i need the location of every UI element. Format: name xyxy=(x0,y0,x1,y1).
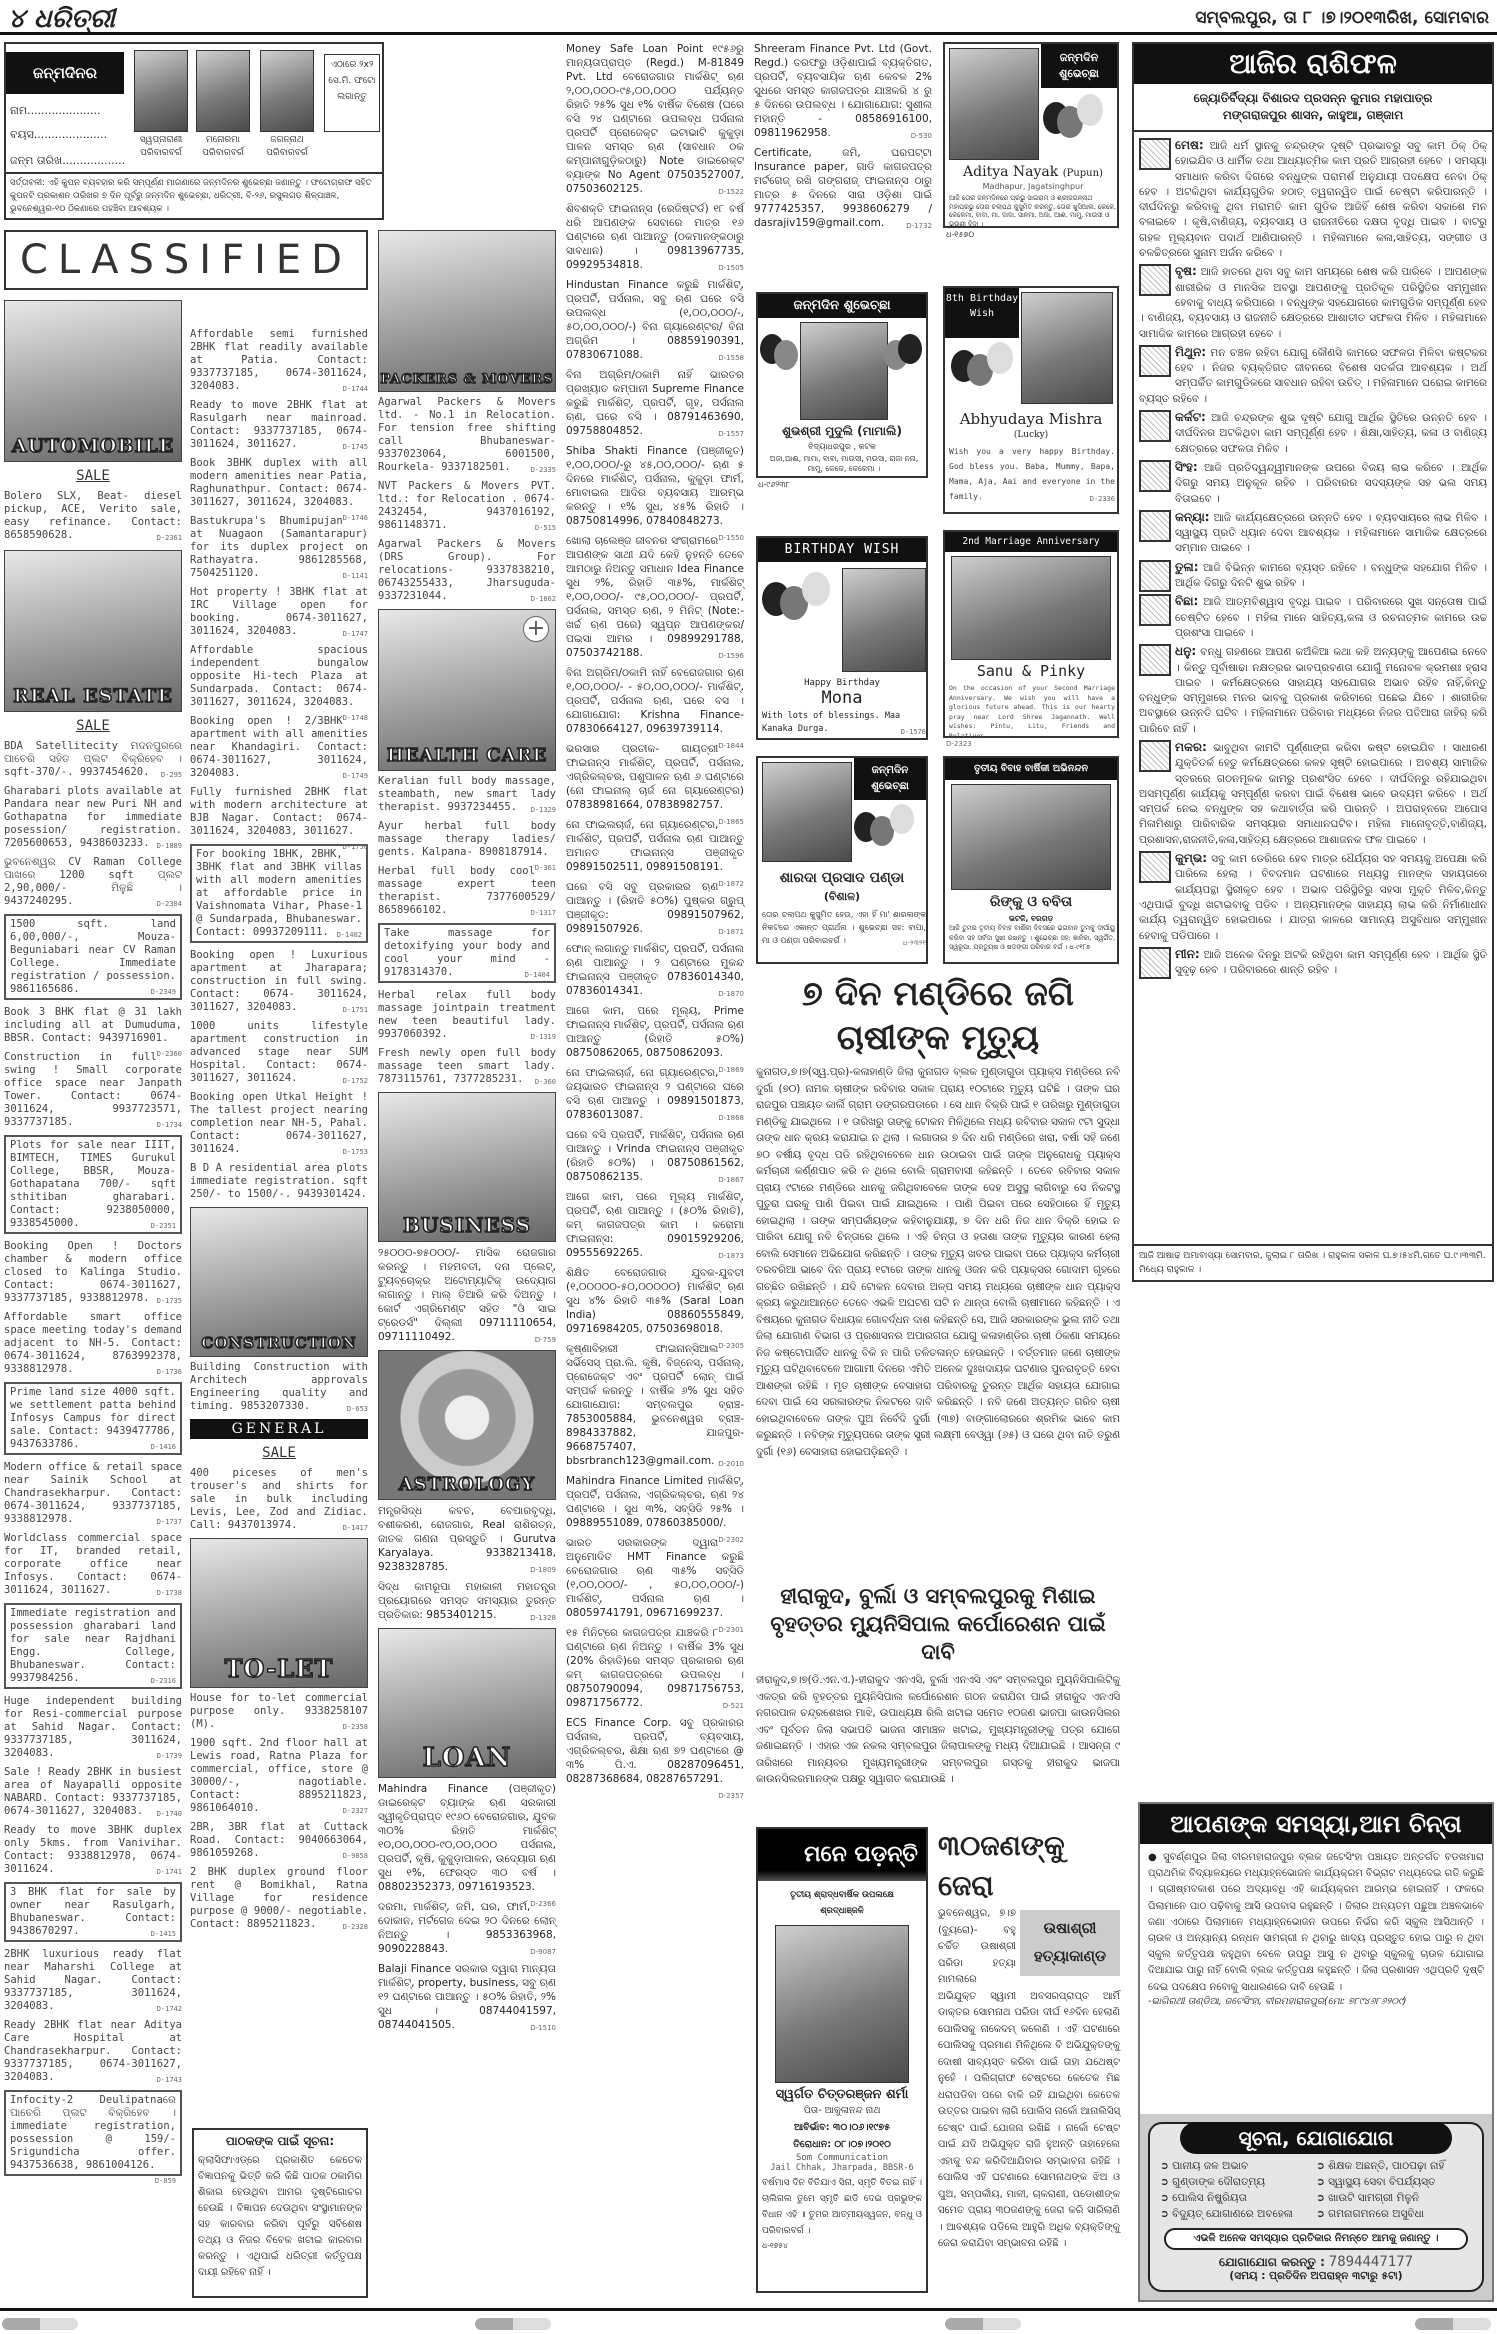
suchana-issue: ➲ ବିଦ୍ୟୁତ୍ ଯୋଗାଣରେ ଅବହେଳା xyxy=(1160,2206,1316,2222)
page-scroll-indicator[interactable] xyxy=(1415,2318,1491,2330)
classified-ad: 400 piceses of men's trouser's and shirt… xyxy=(190,1467,368,1532)
ad-code: D-1753 xyxy=(343,1146,368,1159)
classified-ad: ବିନା ଅଗ୍ରିମ/ଠକାମି ନାହିଁ ଭାରତର ପ୍ରଖ୍ୟାତ କ… xyxy=(566,368,744,438)
classified-ad: B D A residential area plots immediate r… xyxy=(190,1162,368,1201)
bullet-icon: ➲ xyxy=(1160,2176,1172,2188)
greeting-tag: ଜନ୍ମଦିନ ଶୁଭେଚ୍ଛା xyxy=(758,294,926,318)
classified-ad: 1500 sqft. land 6,00,000/-, Mouza- Begun… xyxy=(4,914,182,1000)
automobile-banner: AUTOMOBILE xyxy=(4,300,182,462)
column-4: Money Safe Loan Point ୧୯୫୬ରୁ ମାନ୍ୟତାପ୍ରା… xyxy=(566,42,744,1803)
obituary-code: ଧ-୧୭୫୪ xyxy=(758,2241,926,2251)
rashi-entry: କର୍କଟ: ଆଜି ଚନ୍ଦ୍ରଙ୍କ ଶୁଭ ଦୃଷ୍ଟି ଯୋଗୁ ଆର୍… xyxy=(1139,410,1487,457)
rashi-text: ଆଜି ବିଭିନ୍ନ କାମରେ ବ୍ୟସ୍ତ ରହିବେ । ବନ୍ଧୁଙ୍… xyxy=(1175,562,1487,589)
ad-code: D-1510 xyxy=(530,2021,556,2035)
news-article-ushashree: ୩୦ଜଣଙ୍କୁ ଜେରା ଉଷାଶ୍ରୀ ହତ୍ୟାକାଣ୍ଡ ଭୁବନେଶ୍… xyxy=(938,1826,1120,2253)
coupon-photo-slot: ଏଠାରେ ୨x୨ ସେ.ମି. ଫଟୋ ଲଗାନ୍ତୁ xyxy=(324,54,380,132)
bullet-icon: ➲ xyxy=(1160,2160,1172,2172)
balloons-icon xyxy=(854,804,920,864)
classified-ad: ଦରମା, ମାର୍କଶିଟ୍, ଜମି, ଘର, ଫାର୍ମ, ଦୋକାନ, … xyxy=(378,1900,556,1956)
greeting-line: Happy Birthday xyxy=(758,678,926,688)
greeting-aditya: ଜନ୍ମଦିନ ଶୁଭେଚ୍ଛା Aditya Nayak (Pupun) Ma… xyxy=(943,42,1119,228)
classified-logo-text: CLASSIFIED xyxy=(6,232,366,288)
coupon-photo-2-name: ମନୋରମାପରିବାରବର୍ଗ xyxy=(186,134,260,160)
rashifal-footer: ଆଜି ଆଷାଢ ଅମାବାସ୍ୟା ସୋମବାର, ଜୁଲାଇ ୮ ତାରିଖ… xyxy=(1134,1244,1492,1280)
ad-code: D-9087 xyxy=(530,1945,556,1959)
bottom-rule xyxy=(0,2308,1497,2311)
ad-code: D-1809 xyxy=(530,1563,556,1577)
rashi-name: କୁମ୍ଭ: xyxy=(1175,851,1207,865)
ad-code: D-1328 xyxy=(530,1611,556,1625)
coupon-photo-1 xyxy=(134,50,188,132)
ad-code: D-1404 xyxy=(525,969,550,982)
greeting-tag: ଜନ୍ମଦିନ ଶୁଭେଚ୍ଛା xyxy=(1041,44,1117,88)
rashi-text: ଭାବୁଥିବା କାମଟି ପୂର୍ଣ୍ଣାଙ୍ଗ କରିବା କଷ୍ଟ ହୋ… xyxy=(1139,742,1487,846)
zodiac-sign-icon xyxy=(1139,594,1171,626)
classified-ad: Affordable spacious independent bungalow… xyxy=(190,644,368,709)
suchana-callout: ଏଭଳି ଅନେକ ସମସ୍ୟାର ପ୍ରତିକାର ନିମନ୍ତେ ଆମକୁ … xyxy=(1164,2228,1468,2250)
rashi-name: ମେଷ: xyxy=(1175,138,1204,152)
sale-heading: SALE xyxy=(190,1445,368,1461)
classified-ad: Agarwal Packers & Movers ltd. - No.1 in … xyxy=(378,396,556,474)
headline: ୩୦ଜଣଙ୍କୁ ଜେରା xyxy=(938,1826,1120,1906)
rashi-name: ମିଥୁନ: xyxy=(1175,345,1206,359)
ad-code: D-521 xyxy=(723,1699,744,1713)
rashi-entry: କନ୍ୟା: ଆଜି କାର୍ଯ୍ୟକ୍ଷେତ୍ରରେ ଉନ୍ନତି ହେବ ।… xyxy=(1139,510,1487,557)
problem-box-body: ● ସୁବର୍ଣ୍ଣପୁର ଜିଲା ବୀରମହାରାଜପୁର ବ୍ଲକ ଜଟେ… xyxy=(1140,1844,1492,1996)
classified-ad: Certificate, ଜମି, ଘରପଟ୍ଟା Insurance pape… xyxy=(754,146,932,230)
problem-box-signature: -ଭାଗିରଥୀ ତାଣ୍ଡିଆ, ଜଟେସିଂହା, ବୀରମହାରାଜପୁର… xyxy=(1140,1996,1492,2007)
coupon-title: ଜନ୍ମଦିନର ଶୁଭେଚ୍ଛା xyxy=(6,52,124,94)
classified-logo: CLASSIFIED xyxy=(4,230,368,290)
ad-code: D-1742 xyxy=(157,2003,182,2016)
classified-ad: ଭାରତ ସରକାରଙ୍କ ଦ୍ୱାରା ଅନୁମୋଦିତ HMT Financ… xyxy=(566,1536,744,1620)
classified-ad: Bastukrupa's Bhumipujan at Nuagaon (Sama… xyxy=(190,515,368,580)
rashi-name: କନ୍ୟା: xyxy=(1175,510,1210,524)
classified-ad: Hot property ! 3BHK flat at IRC Village … xyxy=(190,586,368,638)
birthday-coupon: ଜନ୍ମଦିନର ଶୁଭେଚ୍ଛା ନାମ...................… xyxy=(4,42,384,220)
page-label: ୪ ଧରିତ୍ରୀ xyxy=(8,4,115,35)
ad-code: D-530 xyxy=(911,129,932,143)
classified-ad: Book 3BHK duplex with all modern ameniti… xyxy=(190,457,368,509)
ad-code: D-2305 xyxy=(718,1339,744,1353)
zodiac-sign-icon xyxy=(1139,345,1171,377)
obituary-photo xyxy=(775,1925,909,2083)
rashi-text: ଆଜି ପ୍ରତିଦ୍ୱନ୍ଦ୍ୱୀମାନଙ୍କ ଉପରେ ବିଜୟ ଲାଭ କ… xyxy=(1175,462,1487,505)
coupon-photo-2 xyxy=(196,50,250,132)
ad-code: D-1741 xyxy=(157,1866,182,1879)
classified-ad: For booking 1BHK, 2BHK, 3BHK flat and 3B… xyxy=(190,844,368,943)
balloons-icon xyxy=(760,334,800,394)
greeting-tag: ତୃତୀୟ ବିବାହ ବାର୍ଷିକୀ ଅଭିନନ୍ଦନ xyxy=(945,758,1117,780)
suchana-issue-list: ➲ ପାନୀୟ ଜଳ ଅଭାବ➲ ଶିକ୍ଷକ ଅଛନ୍ତି, ପାଠପଢ଼ା … xyxy=(1150,2154,1482,2226)
ad-code: D-9858 xyxy=(343,1850,368,1863)
rashi-text: ସବୁ କାମ ଡେରିରେ ହେବ ମାତ୍ର ଧୈର୍ଯ୍ୟର ସହ ସମୟ… xyxy=(1139,853,1487,941)
zodiac-sign-icon xyxy=(1139,851,1171,883)
classified-ad: Gharabari plots available at Pandara nea… xyxy=(4,785,182,850)
ad-code: D-1732 xyxy=(906,219,932,233)
ad-code: D-1317 xyxy=(531,907,556,920)
coupon-field-name[interactable]: ନାମ..................... xyxy=(10,104,101,118)
greeting-photo xyxy=(1021,292,1113,404)
balloons-icon xyxy=(762,572,838,642)
classified-ad: House for to-let commercial purpose only… xyxy=(190,1692,368,1731)
ad-code: D-2358 xyxy=(343,1721,368,1734)
ad-code: D-1141 xyxy=(343,570,368,583)
classified-ad: ଖୋଲା ଚାଲେଞ୍ଜ ଜୀବନର ସଂଗ୍ରାମରେ ଆପଣଙ୍କ ସାଥୀ… xyxy=(566,534,744,660)
rashi-entry: ମିଥୁନ: ମନ ଚଞ୍ଚଳ ରହିବା ଯୋଗୁ କୌଣସି କାମରେ ସ… xyxy=(1139,345,1487,407)
ad-code: D-1743 xyxy=(157,2074,182,2087)
construction-banner: CONSTRUCTION xyxy=(190,1207,368,1357)
obituary-box: ମନେ ପଡ଼ନ୍ତି ତୃତୀୟ ଶ୍ରାଦ୍ଧବାର୍ଷିକ ଉପଲକ୍ଷେ… xyxy=(756,1827,928,2293)
rashi-entry: ସିଂହ: ଆଜି ପ୍ରତିଦ୍ୱନ୍ଦ୍ୱୀମାନଙ୍କ ଉପରେ ବିଜୟ… xyxy=(1139,460,1487,507)
classified-ad: Prime land size 4000 sqft. we settlement… xyxy=(4,1382,182,1455)
classified-ad: ନୋ ଫାଇଲଚାର୍ଜ, ନୋ ଗ୍ୟାରେଣ୍ଟର, ଜୟଭାରତ ଫାଇନ… xyxy=(566,1066,744,1122)
classified-ad: 1900 sqft. 2nd floor hall at Lewis road,… xyxy=(190,1737,368,1815)
greeting-photo xyxy=(951,784,1111,890)
suchana-title: ସୂଚନା, ଯୋଗାଯୋଗ xyxy=(1180,2122,1452,2154)
classified-ad: ଶିକ୍ଷିତ ବେରୋଜଗାର ଯୁବକ-ଯୁବତୀ (୧,୦୦୦୦୦-୫୦,… xyxy=(566,1266,744,1336)
classified-ad: Herbal relax full body massage jointpain… xyxy=(378,989,556,1041)
greeting-msg: ଆଜି ତୁମର ତୃତୀୟ ବିବାହ ବାର୍ଷିକୀ ଦିବସରେ ଭଗବ… xyxy=(949,924,1115,953)
page-scroll-indicator[interactable] xyxy=(475,2318,551,2330)
classified-ad: ଘରେ ବସି ସବୁ ପ୍ରକାରର ଋଣ ପାଆନ୍ତୁ । (ରିହାତି… xyxy=(566,880,744,936)
rashi-text: ଆଜି ଅନେକ ଦିନରୁ ଅଟକି ରହିଥିବା କାମ ସମ୍ପୂର୍ଣ… xyxy=(1175,949,1487,976)
ad-code: D-1747 xyxy=(343,628,368,641)
rashi-text: ଆଜି ଧର୍ମ ସ୍ଥାନକୁ ଚନ୍ଦ୍ରଙ୍କ ଦୃଷ୍ଟି ପ୍ରଭାବ… xyxy=(1139,140,1487,259)
rashi-entry: ଧନୁ: ବନ୍ଧୁ ଗହଣରେ ଆପଣ କଅଁଳିଆ କଥା କହି ଅନ୍ୟ… xyxy=(1139,644,1487,737)
ad-code: D-1505 xyxy=(718,261,744,275)
coupon-photo-3 xyxy=(260,50,314,132)
bullet-icon: ● xyxy=(1148,1852,1163,1863)
greeting-photo xyxy=(762,762,852,862)
rashifal-box: ଆଜିର ରାଶିଫଳ ଜ୍ୟୋତିର୍ବିଦ୍ୟା ବିଶାରଦ ପ୍ରସନ୍… xyxy=(1132,42,1494,1282)
ad-code: D-1748 xyxy=(343,712,368,725)
classified-ad: Money Safe Loan Point ୧୯୫୬ରୁ ମାନ୍ୟତାପ୍ରା… xyxy=(566,42,744,196)
ad-code: D-2335 xyxy=(531,464,556,477)
ad-code: D-1869 xyxy=(718,1063,744,1077)
classified-ad: ଆଗେ କାମ, ପରେ ମୂଲ୍ୟ, Prime ଫାଇନାନ୍ସ ମାର୍କ… xyxy=(566,1004,744,1060)
classified-ad: Infocity-2 Deulipatnaରେ ପାଚେରି ପ୍ଲଟ ବିକ୍… xyxy=(4,2090,182,2176)
zodiac-sign-icon xyxy=(1139,138,1171,170)
greeting-nick: (Lucky) xyxy=(945,430,1117,440)
zodiac-sign-icon xyxy=(1139,740,1171,772)
zodiac-sign-icon xyxy=(1139,460,1171,492)
classified-ad: Ayur herbal full body massage therapy la… xyxy=(378,820,556,859)
classified-ad: BDA Satellitecity ମଦନପୁରରେ ପାଚେରି ସହିତ ପ… xyxy=(4,740,182,779)
classified-ad: କୃଷ୍ଣାବିହାରୀ ଫାଇନାନ୍ସିଆଲ ସର୍ଭିସେସ୍ ପ୍ରା.… xyxy=(566,1342,744,1468)
greeting-msg: ଆଜି ତୋର ଜନ୍ମଦିନରେ ପ୍ରଭୁ ସାଇରାମ ଓ ଶ୍ରୀଜଗନ… xyxy=(949,194,1117,228)
suchana-issue: ➲ ଖାଉଟି ସାମଗ୍ରୀ ମିଳୁନି xyxy=(1316,2190,1472,2206)
classified-ad: Worldclass commercial space for IT, bran… xyxy=(4,1532,182,1597)
classified-ad: 2BHK luxurious ready flat near Maharshi … xyxy=(4,1948,182,2013)
rashi-entry: କୁମ୍ଭ: ସବୁ କାମ ଡେରିରେ ହେବ ମାତ୍ର ଧୈର୍ଯ୍ୟର… xyxy=(1139,851,1487,944)
greeting-photo xyxy=(951,556,1111,660)
coupon-field-age[interactable]: ବୟସ..................... xyxy=(10,128,107,142)
greeting-sarada: ଜନ୍ମଦିନ ଶୁଭେଚ୍ଛା ଶାରଦା ପ୍ରସାଦ ପଣ୍ଡା (ବିଶ… xyxy=(756,756,928,964)
rashi-name: ଧନୁ: xyxy=(1175,644,1196,658)
problem-box: ଆପଣଙ୍କ ସମସ୍ୟା,ଆମ ଚିନ୍ତା ● ସୁବର୍ଣ୍ଣପୁର ଜି… xyxy=(1138,1802,1494,2302)
rashi-name: ତୁଳା: xyxy=(1175,560,1199,574)
rashi-name: ମକର: xyxy=(1175,740,1207,754)
headline: ୭ ଦିନ ମଣ୍ଡିରେ ଜଗି ଚାଷୀଙ୍କ ମୃତ୍ୟୁ xyxy=(756,972,1120,1060)
ad-code: D-2302 xyxy=(718,1533,744,1547)
obituary-sponsor: Som Communication xyxy=(758,2153,926,2163)
business-banner: BUSINESS xyxy=(378,1092,556,1242)
bullet-icon: ➲ xyxy=(1160,2208,1172,2220)
coupon-photo-3-name: ଜଗନ୍ନାଥପରିବାରବର୍ଗ xyxy=(250,134,324,160)
rashi-name: ସିଂହ: xyxy=(1175,460,1198,474)
greeting-msg: ଅଜା,ଆଈ, ମାମା, ବାବା, ମାଉସୀ, ମଉସା, ରାଜା ନନ… xyxy=(762,454,926,474)
loan-banner: LOAN xyxy=(378,1628,556,1778)
ad-code: D-1746 xyxy=(343,512,368,525)
rashifal-byline: ଜ୍ୟୋତିର୍ବିଦ୍ୟା ବିଶାରଦ ପ୍ରସନ୍ନ କୁମାର ମହାପ… xyxy=(1134,84,1492,132)
to-let-ad-list: House for to-let commercial purpose only… xyxy=(190,1692,368,1931)
ad-code: D-1867 xyxy=(718,1173,744,1187)
rashifal-title: ଆଜିର ରାଶିଫଳ xyxy=(1134,44,1492,84)
sale-heading: SALE xyxy=(4,468,182,484)
obituary-banner: ମନେ ପଡ଼ନ୍ତି xyxy=(758,1829,926,1881)
classified-ad: Shreeram Finance Pvt. Ltd (Govt. Regd.) … xyxy=(754,42,932,140)
rashi-list: ମେଷ: ଆଜି ଧର୍ମ ସ୍ଥାନକୁ ଚନ୍ଦ୍ରଙ୍କ ଦୃଷ୍ଟି ପ… xyxy=(1134,132,1492,978)
rashi-name: ବୃଷ: xyxy=(1175,264,1197,278)
classified-ad: Take massage for detoxifying your body a… xyxy=(378,923,556,983)
greeting-code: D-2323 xyxy=(946,740,972,748)
balloons-icon xyxy=(951,342,1021,402)
rashi-text: ଆଜି ଚନ୍ଦ୍ରଙ୍କ ଶୁଭ ଦୃଷ୍ଟି ଯୋଗୁ ଆର୍ଥିକ ସ୍ଥ… xyxy=(1175,412,1487,455)
bullet-icon: ➲ xyxy=(1316,2208,1328,2220)
ad-code: D-1871 xyxy=(718,925,744,939)
ad-code: D-1868 xyxy=(718,1111,744,1125)
zodiac-sign-icon xyxy=(1139,264,1171,296)
classified-ad: 3 BHK flat for sale by owner near Rasulg… xyxy=(4,1882,182,1942)
obituary-message: ବର୍ଷମାସ ଦିନ ବିତିଯାଏ ସିନା, ସ୍ମୃତି ବିତଇ ନା… xyxy=(758,2173,926,2241)
classified-ad: Ready 2BHK flat near Aditya Care Hospita… xyxy=(4,2019,182,2084)
ad-code: D-2301 xyxy=(718,1623,744,1637)
ad-code: D-1752 xyxy=(343,1075,368,1088)
zodiac-sign-icon xyxy=(1139,560,1171,592)
classified-ad: ଫୋନ୍ ଲଗାନ୍ତୁ ମାର୍କଶିଟ୍, ପ୍ରପର୍ଟି, ପର୍ସନା… xyxy=(566,942,744,998)
top-rule xyxy=(0,32,1497,35)
greeting-rinku-babita: ତୃତୀୟ ବିବାହ ବାର୍ଷିକୀ ଅଭିନନ୍ଦନ ରିଙ୍କୁ ଓ ବ… xyxy=(943,756,1119,964)
ad-code: D-2327 xyxy=(343,1805,368,1818)
health-ad-list: Keralian full body massage, steambath, n… xyxy=(378,775,556,1086)
greeting-name: ରିଙ୍କୁ ଓ ବବିତା xyxy=(945,894,1117,910)
zodiac-sign-icon xyxy=(1139,947,1171,979)
greeting-place: ଭଟଳି, ବରଗଡ଼ xyxy=(945,914,1117,924)
greeting-nick: (ବିଶାଳ) xyxy=(758,890,926,904)
ad-code: D-1735 xyxy=(157,1295,182,1308)
suchana-hours: (ସମୟ : ପ୍ରତିଦିନ ଅପରାହ୍ନ ୩ଟାରୁ ୫ଟା) xyxy=(1150,2270,1482,2283)
ad-code: D-295 xyxy=(161,769,182,782)
rashi-entry: ବୃଷ: ଆଜି ହାତରେ ଥିବା ସବୁ କାମ ସମୟରେ ଶେଷ କର… xyxy=(1139,264,1487,341)
ad-code: D-1749 xyxy=(343,770,368,783)
article-body: କୁନାଗଡ,୭।୭(ସ୍ୱ.ପ୍ର)-କଳାହାଣ୍ଡି ଜିଲା କୁନାଗ… xyxy=(756,1064,1120,1460)
zodiac-sign-icon xyxy=(1139,510,1171,542)
greeting-name: Sanu & Pinky xyxy=(945,662,1117,680)
classified-ad: Construction in full swing ! Small corpo… xyxy=(4,1051,182,1129)
suchana-contact: ଯୋଗାଯୋଗ କରନ୍ତୁ : 7894447177 xyxy=(1150,2254,1482,2270)
classified-ad: ଶିବଶକ୍ତି ଫାଇନାନ୍ସ (ରେଜିଷ୍ଟର୍ଡ) ୧୮ ବର୍ଷ ଧ… xyxy=(566,202,744,272)
greeting-tag: BIRTHDAY WISH xyxy=(758,538,926,562)
classified-ad: Balaji Finance ସରକାର ଦ୍ୱାରା ମାନ୍ୟତା ମାର୍… xyxy=(378,1962,556,2032)
classified-ad: Bolero SLX, Beat- diesel pickup, ACE, Ve… xyxy=(4,490,182,542)
health-care-banner: + HEALTH CARE xyxy=(378,609,556,771)
classified-ad: Hindustan Finance କରୁଛି ମାର୍କଶିଟ୍, ପ୍ରପର… xyxy=(566,278,744,362)
rashi-text: ବନ୍ଧୁ ଗହଣରେ ଆପଣ କଅଁଳିଆ କଥା କହି ଅନ୍ୟଙ୍କୁ … xyxy=(1139,646,1487,734)
classified-ad: ଭୁବନେଶ୍ୱର CV Raman College ପାଖରେ 1200 sq… xyxy=(4,856,182,908)
ad-code: D-859 xyxy=(155,2175,176,2188)
classified-ad: ସିଦ୍ଧ କାମରୂପା ମହାକାଳୀ ମହାତନ୍ତ୍ର ପ୍ରୟୋଗରେ… xyxy=(378,1580,556,1622)
kicker: ଉଷାଶ୍ରୀ ହତ୍ୟାକାଣ୍ଡ xyxy=(1020,1910,1120,1976)
column-2: Affordable semi furnished 2BHK flat read… xyxy=(190,328,368,1937)
classified-ad: ଭରସାର ପ୍ରତୀକ- ଗାୟତ୍ରୀ ଫାଇନାନ୍ସ ମାର୍କଶିଟ୍… xyxy=(566,742,744,812)
rashi-name: କର୍କଟ: xyxy=(1175,410,1206,424)
zodiac-sign-icon xyxy=(1139,644,1171,676)
greeting-tag: 2nd Marriage Anniversary xyxy=(945,532,1117,552)
reader-notice-title: ପାଠକଙ୍କ ପାଇଁ ସୂଚନା: xyxy=(198,2134,362,2149)
dateline: ସମ୍ବଲପୁର, ତା ୮ ।୭।୨୦୧୩ରିଖ, ସୋମବାର xyxy=(1195,8,1489,28)
suchana-issue: ➲ ପୋଲିସ ନିଷ୍କ୍ରିୟତା xyxy=(1160,2190,1316,2206)
ad-code: D-1872 xyxy=(718,877,744,891)
suchana-box: ସୂଚନା, ଯୋଗାଯୋଗ ➲ ପାନୀୟ ଜଳ ଅଭାବ➲ ଶିକ୍ଷକ ଅ… xyxy=(1140,2114,1492,2300)
ad-code: D-1402 xyxy=(337,929,362,942)
bullet-icon: ➲ xyxy=(1316,2192,1328,2204)
classified-ad: Affordable smart office space meeting to… xyxy=(4,1311,182,1376)
article-body: ହୀରାକୁଦ,୭।୭(ଡି.ଏନ.ଏ.)-ହୀରାକୁଦ ଏନଏସି, ବୁର… xyxy=(756,1672,1120,1788)
column-1: AUTOMOBILE SALE Bolero SLX, Beat- diesel… xyxy=(4,300,182,2188)
ad-code: D-1319 xyxy=(531,1031,556,1044)
obituary-died: ତିରୋଧାନ: ୦୮।୦୭।୨୦୧୦ xyxy=(758,2136,926,2153)
classified-ad: Book 3 BHK flat @ 31 lakh including all … xyxy=(4,1006,182,1045)
obituary-occasion: ତୃତୀୟ ଶ୍ରାଦ୍ଧବାର୍ଷିକ ଉପଲକ୍ଷେ ଶ୍ରଦ୍ଧାଞ୍ଜଳ… xyxy=(758,1881,926,1921)
ad-code: D-2316 xyxy=(151,1675,176,1688)
ad-code: D-1739 xyxy=(157,1750,182,1763)
packers-movers-banner: PACKERS & MOVERS xyxy=(378,230,556,392)
greeting-msg: With lots of blessings. Maa Kanaka Durga… xyxy=(762,710,926,739)
ad-code: D-2360 xyxy=(157,1048,182,1061)
ad-code: D-1596 xyxy=(718,649,744,663)
balloons-icon xyxy=(1039,94,1109,154)
classified-ad: Mahindra Finance Limited ମାର୍କଶିଟ୍, ପ୍ରପ… xyxy=(566,1474,744,1530)
ad-code: D-1415 xyxy=(151,1928,176,1941)
rashi-name: ବିଛା: xyxy=(1175,594,1198,608)
classified-ad: Affordable semi furnished 2BHK flat read… xyxy=(190,328,368,393)
suchana-issue: ➲ ପାନୀୟ ଜଳ ଅଭାବ xyxy=(1160,2158,1316,2174)
finance-ad-list-2: Shreeram Finance Pvt. Ltd (Govt. Regd.) … xyxy=(754,42,932,230)
rashi-entry: ମକର: ଭାବୁଥିବା କାମଟି ପୂର୍ଣ୍ଣାଙ୍ଗ କରିବା କଷ… xyxy=(1139,740,1487,848)
rashi-entry: ତୁଳା: ଆଜି ବିଭିନ୍ନ କାମରେ ବ୍ୟସ୍ତ ରହିବେ । ବ… xyxy=(1139,560,1487,592)
ad-code: D-2304 xyxy=(157,898,182,911)
ad-code: D-1550 xyxy=(718,531,744,545)
classified-ad: ୧୫ ମିନିଟ୍‌ରେ କାଗଜପତ୍ର ଯାଞ୍ଚକରି ୮ ଘଣ୍ଟାରେ… xyxy=(566,1626,744,1710)
classified-ad: Booking open ! Luxurious apartment at Jh… xyxy=(190,949,368,1014)
bullet-icon: ➲ xyxy=(1316,2160,1328,2172)
greeting-msg: ତୋର ଚଲାପଥ କୁସୁମିତ ହେଉ, ଏହା ହିଁ ମା' ଶାରଳା… xyxy=(762,908,926,950)
greeting-name: Abhyudaya Mishra xyxy=(945,410,1117,428)
greeting-tag: 8th Birthday Wish xyxy=(945,288,1019,338)
suchana-issue: ➲ ସ୍ୱାସ୍ଥ୍ୟ ସେବା ବିପର୍ଯ୍ୟସ୍ତ xyxy=(1316,2174,1472,2190)
ad-code: D-1745 xyxy=(343,441,368,454)
headline: ହୀରାକୁଦ, ବୁର୍ଲା ଓ ସମ୍ବଲପୁରକୁ ମିଶାଇ ବୃହତ୍… xyxy=(756,1582,1120,1666)
coupon-field-dob[interactable]: ଜନ୍ମ ତାରିଖ.................. xyxy=(10,154,125,168)
obituary-name: ସ୍ୱର୍ଗତ ଚିତ୍ତରଞ୍ଜନ ଶର୍ମା xyxy=(758,2087,926,2102)
ad-code: D-1557 xyxy=(718,427,744,441)
greeting-place: ବିଦ୍ୟାଧରପୁର , କଟକ xyxy=(758,442,926,452)
classified-ad: Booking open Utkal Height ! The tallest … xyxy=(190,1091,368,1156)
reader-notice: ପାଠକଙ୍କ ପାଇଁ ସୂଚନା: କ୍ଲାସିଫାଏଡ୍‌ରେ ପ୍ରକା… xyxy=(192,2128,368,2298)
ad-code: D-360 xyxy=(535,1076,556,1089)
page-scroll-indicator[interactable] xyxy=(945,2318,1021,2330)
problem-box-title: ଆପଣଙ୍କ ସମସ୍ୟା,ଆମ ଚିନ୍ତା xyxy=(1140,1804,1492,1844)
greeting-abhyudaya: 8th Birthday Wish Abhyudaya Mishra (Luck… xyxy=(943,286,1119,514)
greeting-msg: On the occasion of your Second Marriage … xyxy=(949,684,1115,741)
greeting-code: ଧ-୧୫୭୦ xyxy=(946,230,974,240)
classified-ad: Ready to move 2BHK flat at Rasulgarh nea… xyxy=(190,399,368,451)
classified-ad: ଆଗେ କାମ, ପରେ ମୂଲ୍ୟ ମାର୍କଶିଟ୍, ପ୍ରପର୍ଟି, … xyxy=(566,1190,744,1260)
classified-ad: ନୋ ଫାଇଲଚାର୍ଜ, ନୋ ଗ୍ୟାରେଣ୍ଟର, ମାର୍କଶିଟ୍, … xyxy=(566,818,744,874)
sale-heading: SALE xyxy=(4,718,182,734)
greeting-mona: BIRTHDAY WISH Happy Birthday Mona With l… xyxy=(756,536,928,740)
classified-ad: 2BR, 3BR flat at Cuttack Road. Contact: … xyxy=(190,1821,368,1860)
ad-code: D-515 xyxy=(535,522,556,535)
ad-code: D-1738 xyxy=(157,1587,182,1600)
obituary-father: ପିତା- ଆକୁଳାନନ୍ଦ ନାଥ xyxy=(758,2102,926,2119)
classified-ad: ଘରେ ବସି ପ୍ରପର୍ଟି, ମାର୍କଶିଟ୍, ପର୍ସନାଲ ଋଣ … xyxy=(566,1128,744,1184)
page-scroll-indicator[interactable] xyxy=(2,2318,78,2330)
finance-ad-list: Money Safe Loan Point ୧୯୫୬ରୁ ମାନ୍ୟତାପ୍ରା… xyxy=(566,42,744,1786)
property-ad-list: Affordable semi furnished 2BHK flat read… xyxy=(190,328,368,1201)
greeting-tag: ଜନ୍ମଦିନ ଶୁଭେଚ୍ଛା xyxy=(854,758,926,800)
general-heading: GENERAL xyxy=(190,1419,368,1439)
greeting-shubhashree: ଜନ୍ମଦିନ ଶୁଭେଚ୍ଛା ଶୁଭଶ୍ରୀ ମୁଦୁଲି (ମାମାଲି)… xyxy=(756,292,928,478)
classified-ad: ମନ୍ତ୍ରସିଦ୍ଧ କବଚ, ବେପାରବୃଦ୍ଧି, ବଶୀକରଣ, ରୋ… xyxy=(378,1504,556,1574)
reader-notice-text: କ୍ଲାସିଫାଏଡ୍‌ରେ ପ୍ରକାଶିତ କେତେକ ବିଜ୍ଞାପନକୁ… xyxy=(198,2153,362,2281)
rashi-entry: ବିଛା: ଆଜି ଆତ୍ମବିଶ୍ୱାସ ବୃଦ୍ଧି ପାଇବ । ପରିବ… xyxy=(1139,594,1487,641)
news-article-municipal: ହୀରାକୁଦ, ବୁର୍ଲା ଓ ସମ୍ବଲପୁରକୁ ମିଶାଇ ବୃହତ୍… xyxy=(756,1582,1120,1788)
coupon-terms: ସର୍ତ୍ତାବଳୀ: ଏହି କୁପନ ବ୍ୟବହାର କରି ସମ୍ପୂର୍… xyxy=(6,172,382,219)
classified-ad: Agarwal Packers & Movers (DRS Group). Fo… xyxy=(378,538,556,603)
loan-ad-list: Mahindra Finance (ପଞ୍ଜୀକୃତ) ଡାଇରେକ୍ଟ ବ୍ୟ… xyxy=(378,1782,556,2032)
ad-code: D-1329 xyxy=(531,804,556,817)
classified-ad: Booking Open ! Doctors chamber & modern … xyxy=(4,1240,182,1305)
greeting-place: Madhapur, Jagatsinghpur xyxy=(949,182,1117,191)
ad-code: D-2010 xyxy=(718,1457,744,1471)
zodiac-sign-icon xyxy=(1139,410,1171,442)
suchana-issue: ➲ ଶିକ୍ଷକ ଅଛନ୍ତି, ପାଠପଢ଼ା ନାହିଁ xyxy=(1316,2158,1472,2174)
greeting-code: ଧ-୯୬୨୩୮ xyxy=(758,480,790,490)
masthead: ୪ ଧରିତ୍ରୀ ସମ୍ବଲପୁର, ତା ୮ ।୭।୨୦୧୩ରିଖ, ସୋମ… xyxy=(0,0,1497,36)
suchana-issue: ➲ ଗୁଣ୍ଡାଙ୍କ ଦୌରାତ୍ମ୍ୟ xyxy=(1160,2174,1316,2190)
column-3: PACKERS & MOVERS Agarwal Packers & Mover… xyxy=(378,230,556,2038)
ad-code: D-361 xyxy=(535,862,556,875)
packers-ad-list: Agarwal Packers & Movers ltd. - No.1 in … xyxy=(378,396,556,603)
ad-code: D-1751 xyxy=(343,1004,368,1017)
phone-number[interactable]: 7894447177 xyxy=(1329,2254,1413,2270)
classified-ad: Building Construction with Architech app… xyxy=(190,1361,368,1413)
classified-ad: 2 BHK duplex ground floor rent @ Bomikha… xyxy=(190,1866,368,1931)
rashi-entry: ମେଷ: ଆଜି ଧର୍ମ ସ୍ଥାନକୁ ଚନ୍ଦ୍ରଙ୍କ ଦୃଷ୍ଟି ପ… xyxy=(1139,138,1487,261)
obituary-address: Jail Chhak, Jharpada, BBSR-6 xyxy=(758,2163,926,2173)
greeting-photo xyxy=(800,322,888,420)
greeting-photo xyxy=(949,48,1039,160)
classified-ad: Shiba Shakti Finance (ପଞ୍ଜୀକୃତ) ୧,୦୦,୦୦୦… xyxy=(566,444,744,528)
greeting-photo xyxy=(842,568,926,672)
ad-code: D-1416 xyxy=(151,1441,176,1454)
classified-ad: Huge independent building for Resi-comme… xyxy=(4,1695,182,1760)
classified-ad: ବିନା ଅଗ୍ରିମ/ଠକାମି ନାହିଁ ବେରୋଜଗାର ଋଣ ୧,୦୦… xyxy=(566,666,744,736)
classified-ad: Herbal full body cool massage expert tee… xyxy=(378,865,556,917)
classified-ad: 1000 units lifestyle apartment construct… xyxy=(190,1020,368,1085)
